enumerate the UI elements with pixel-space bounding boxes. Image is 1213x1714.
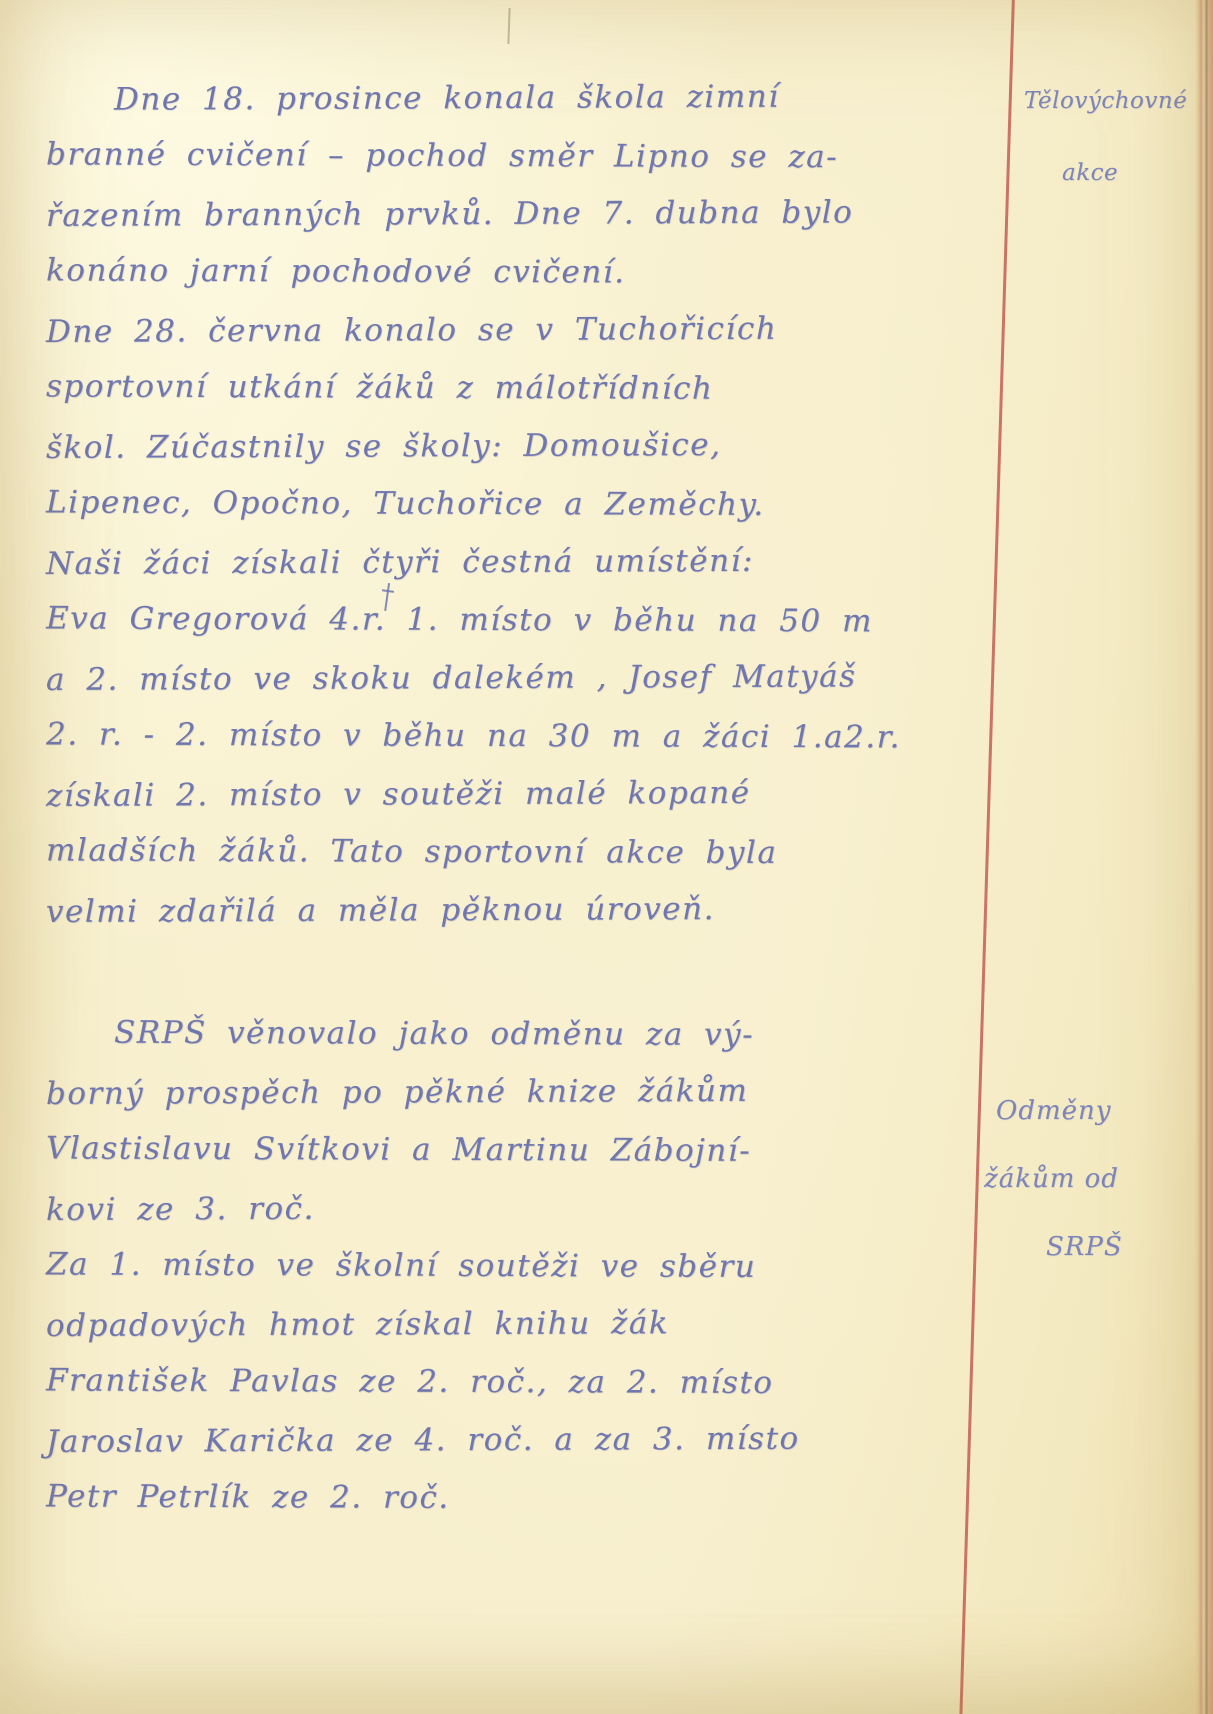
book-page-edge [1195,0,1213,1714]
handwriting-line: SRPŠ věnovalo jako odměnu za vý- [46,1014,946,1075]
handwriting-line: řazením branných prvků. Dne 7. dubna byl… [46,194,946,256]
handwriting-line: 2. r. - 2. místo v běhu na 30 m a žáci 1… [46,716,946,777]
handwriting-line: odpadových hmot získal knihu žák [46,1304,946,1366]
margin-note-line: Tělovýchovné [1024,88,1187,160]
margin-note-line: SRPŠ [984,1232,1123,1300]
handwriting-line: mladších žáků. Tato sportovní akce byla [46,832,946,893]
chronicle-page: Dne 18. prosince konala škola zimní bran… [0,0,1213,1714]
handwriting-line: Lipenec, Opočno, Tuchořice a Zeměchy. [46,484,946,545]
handwriting-line: získali 2. místo v soutěži malé kopané [46,774,946,836]
handwriting-line: a 2. místo ve skoku dalekém , Josef Maty… [46,658,946,720]
margin-note-line: žákům od [984,1164,1123,1232]
correction-mark-stroke [384,583,390,611]
handwriting-line: Jaroslav Karička ze 4. roč. a za 3. míst… [46,1420,946,1482]
handwriting-line: Petr Petrlík ze 2. roč. [46,1478,946,1539]
handwriting-line: Naši žáci získali čtyři čestná umístění: [46,542,946,604]
handwriting-line: konáno jarní pochodové cvičení. [46,252,946,313]
pencil-tick-mark [507,8,510,44]
handwriting-line: Dne 18. prosince konala škola zimní [46,78,946,140]
handwriting-line: borný prospěch po pěkné knize žákům [46,1072,946,1134]
margin-note-line: akce [1024,160,1187,232]
handwriting-line: škol. Zúčastnily se školy: Domoušice, [46,426,946,488]
handwriting-line: Vlastislavu Svítkovi a Martinu Zábojní- [46,1130,946,1191]
margin-note-line: Odměny [984,1096,1123,1164]
handwriting-line: velmi zdařilá a měla pěknou úroveň. [46,890,946,952]
handwriting-line: Eva Gregorová 4.r. 1. místo v běhu na 50… [46,600,946,661]
handwriting-line: František Pavlas ze 2. roč., za 2. místo [46,1362,946,1423]
handwriting-line: kovi ze 3. roč. [46,1188,946,1250]
chronicle-body: Dne 18. prosince konala škola zimní bran… [46,80,946,1538]
red-margin-line [959,0,1014,1714]
handwriting-line: Za 1. místo ve školní soutěži ve sběru [46,1246,946,1307]
handwriting-line: sportovní utkání žáků z málotřídních [46,368,946,429]
margin-note-odmeny-zakum-od-srps: Odměny žákům od SRPŠ [984,1096,1123,1300]
handwriting-line: Dne 28. června konalo se v Tuchořicích [46,310,946,372]
margin-note-telovychovne-akce: Tělovýchovné akce [1024,88,1187,232]
handwriting-line: branné cvičení – pochod směr Lipno se za… [46,136,946,197]
